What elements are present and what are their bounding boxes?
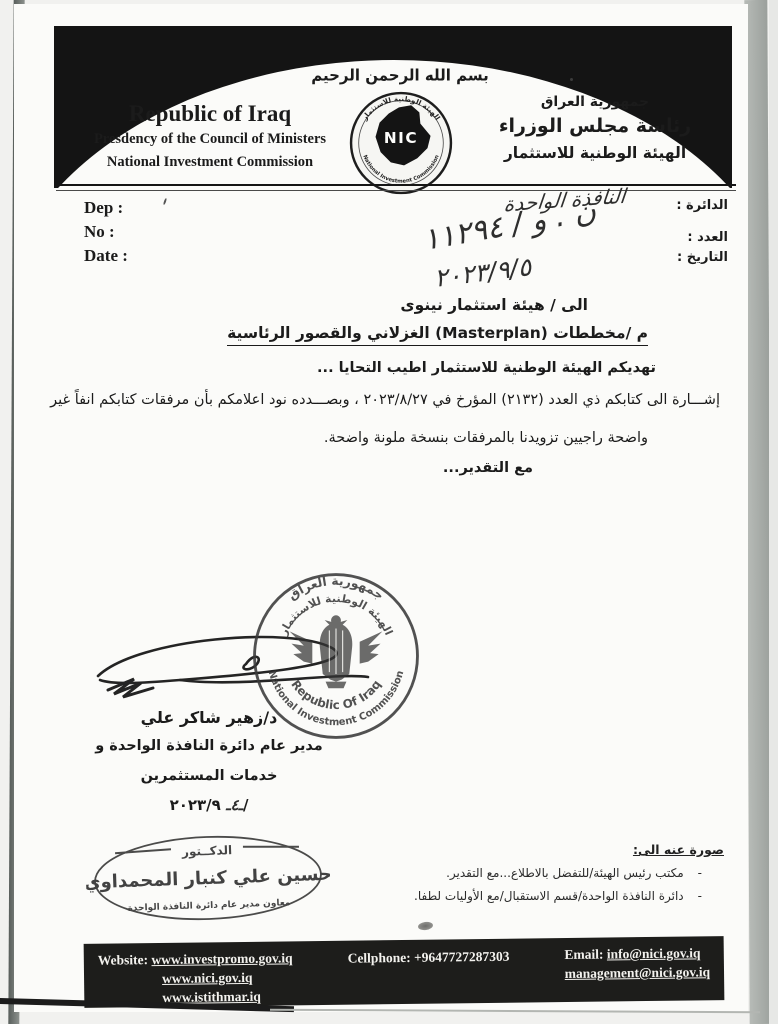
letterhead-arabic: جمهورية العراق رئاسة مجلس الوزراء الهيئة…	[464, 92, 726, 166]
footer-website-block: Website: www.investpromo.gov.iq www.nici…	[98, 948, 293, 1007]
logo-nic-text: NIC	[384, 129, 418, 147]
nic-logo: الهيئة الوطنية للاستثمار National Invest…	[348, 90, 454, 196]
date-label-ar: التاريخ :	[677, 250, 728, 265]
header-divider	[56, 184, 736, 191]
addressee-line: الى / هيئة استثمار نينوى	[400, 296, 588, 314]
cc-item: -دائرة النافذة الواحدة/قسم الاستقبال/مع …	[414, 889, 702, 903]
cellphone-label: Cellphone:	[348, 950, 411, 966]
website-url: www.investpromo.gov.iq	[151, 950, 292, 967]
letter-page: بسم الله الرحمن الرحيم Republic of Iraq …	[14, 4, 748, 1012]
handwritten-date: ٢٠٢٣/٩/٥	[433, 252, 533, 293]
cc-item-text: دائرة النافذة الواحدة/قسم الاستقبال/مع ا…	[414, 889, 684, 903]
greeting-line: تهديكم الهيئة الوطنية للاستثمار اطيب الت…	[317, 360, 656, 376]
signatory-name: د/زهير شاكر علي	[94, 708, 324, 727]
footer-email-block: Email: info@nici.gov.iq management@nici.…	[564, 943, 714, 1002]
cellphone-number: +9647727287303	[414, 949, 510, 965]
org-title-ar: جمهورية العراق	[464, 92, 726, 112]
dept-label-ar: الدائرة :	[676, 198, 728, 213]
letterhead-english: Republic of Iraq Presdency of the Counci…	[70, 100, 350, 173]
email-address: info@nici.gov.iq	[607, 945, 701, 961]
body-paragraph-line2: واضحة راجيين تزويدنا بالمرفقات بنسخة ملو…	[324, 430, 648, 446]
oval-stamp-name: حسين علي كنبار المحمداوي	[84, 864, 331, 894]
website-url: www.nici.gov.iq	[162, 967, 293, 988]
org-name-en: National Investment Commission	[70, 151, 350, 173]
oval-stamp-title: الدكــتور	[181, 843, 233, 860]
org-subtitle-en: Presdency of the Council of Ministers	[70, 127, 350, 151]
scan-speck	[582, 98, 584, 100]
cc-item: -مكتب رئيس الهيئة/للتفضل بالاطلاع...مع ا…	[446, 866, 702, 880]
no-label: No :	[84, 220, 128, 244]
signature-date: ـ٤ـ ٢٠٢٣/٩/	[94, 796, 324, 814]
cc-item-text: مكتب رئيس الهيئة/للتفضل بالاطلاع...مع ال…	[446, 866, 684, 880]
scan-speck	[570, 78, 573, 81]
cc-heading: صورة عنه الى:	[633, 842, 724, 857]
reference-labels-english: Dep : No : Date :	[84, 196, 128, 268]
oval-assistant-stamp: الدكــتور حسين علي كنبار المحمداوي معاون…	[84, 828, 331, 928]
website-label: Website:	[98, 952, 148, 968]
scanned-letter: بسم الله الرحمن الرحيم Republic of Iraq …	[0, 0, 778, 1024]
bismillah-calligraphy: بسم الله الرحمن الرحيم	[294, 66, 506, 85]
number-label-ar: العدد :	[687, 230, 728, 245]
signature-date-day-mark: ـ٤ـ	[226, 796, 243, 814]
body-paragraph-line1: إشـــارة الى كتابكم ذي العدد (٢١٣٢) المؤ…	[50, 392, 720, 408]
email-label: Email:	[564, 947, 603, 962]
closing-line: مع التقدير...	[443, 460, 533, 476]
org-title-en: Republic of Iraq	[70, 100, 350, 127]
org-subtitle-ar: رئاسة مجلس الوزراء	[464, 112, 726, 140]
cc-bullet: -	[698, 889, 702, 903]
scan-speck	[163, 198, 167, 205]
date-label-en: Date :	[84, 244, 128, 268]
footer-cellphone-block: Cellphone: +9647727287303	[348, 946, 511, 1005]
subject-line: م /مخططات (Masterplan) الغزلاني والقصور …	[227, 324, 648, 346]
scan-smudge	[418, 921, 434, 931]
signatory-title-2: خدمات المستثمرين	[94, 768, 324, 784]
scanner-background	[769, 0, 778, 1024]
dep-label: Dep :	[84, 196, 128, 220]
org-name-ar: الهيئة الوطنية للاستثمار	[464, 140, 726, 166]
signatory-title-1: مدير عام دائرة النافذة الواحدة و	[94, 738, 324, 754]
footer-contact-bar: Website: www.investpromo.gov.iq www.nici…	[84, 936, 725, 1008]
cc-bullet: -	[698, 866, 702, 880]
email-address: management@nici.gov.iq	[565, 962, 711, 983]
